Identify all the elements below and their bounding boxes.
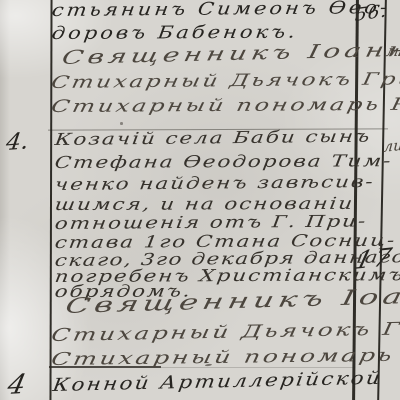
entry-number: 4. <box>5 129 31 155</box>
age-value: 17 <box>352 244 396 274</box>
ink-speck <box>120 122 123 125</box>
signature-line: Стихарный Дьячокъ Григорій <box>50 318 400 345</box>
handwriting-line: Стефана Өеодорова Тим- <box>54 152 394 171</box>
handwriting-line: Стихарный Дьячокъ Григорій <box>50 70 400 92</box>
handwriting-line: шимся, и на основаніи <box>54 195 356 214</box>
handwriting-line: стьянинъ Симеонъ Өео- <box>51 0 392 20</box>
scanned-register-page: стьянинъ Симеонъ Өео- доровъ Бабенокъ. С… <box>0 0 400 400</box>
ink-fragment: ли <box>383 138 400 156</box>
handwriting-line: Стихарный пономарь Радіонъ <box>49 96 400 117</box>
handwriting-line: доровъ Бабенокъ. <box>51 24 299 44</box>
handwriting-line: отношенія отъ Г. При- <box>54 212 369 232</box>
handwriting-line: Козачій села Баби сынъ <box>54 128 372 149</box>
entry-number: 4 <box>5 371 29 400</box>
handwriting-line: ченко найденъ завѣсив- <box>54 173 376 193</box>
handwriting-line: Конной Артиллерійской <box>51 370 383 396</box>
age-value: 56. <box>354 3 388 26</box>
handwriting-line: Священникъ Іоаннъ <box>60 40 400 69</box>
signature-line: Стихарный пономарь Радіонъ <box>50 345 400 369</box>
